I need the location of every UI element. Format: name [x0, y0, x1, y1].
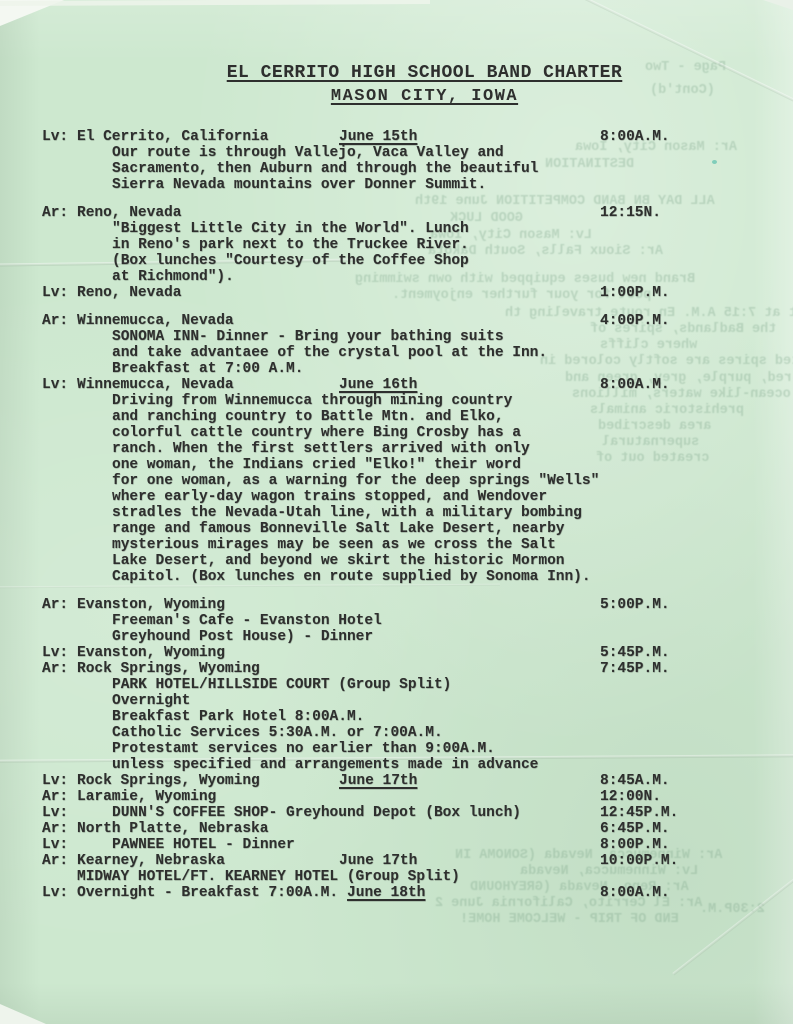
leg-date: June 16th — [339, 377, 417, 393]
leg-place: PAWNEE HOTEL - Dinner — [112, 837, 295, 853]
leg-place: North Platte, Nebraska — [77, 821, 268, 837]
itinerary-row: Lv:Overnight - Breakfast 7:00A.M.June 18… — [42, 885, 793, 901]
leg-detail-line: Sacramento, then Auburn and through the … — [112, 161, 793, 177]
leg-label: Lv: — [42, 805, 112, 821]
leg-details: Freeman's Cafe - Evanston HotelGreyhound… — [112, 613, 793, 645]
leg-label: Ar: — [42, 853, 77, 869]
leg-detail-line: Freeman's Cafe - Evanston Hotel — [112, 613, 793, 629]
leg-label: Ar: — [42, 205, 77, 221]
document-title: EL CERRITO HIGH SCHOOL BAND CHARTER — [227, 62, 623, 85]
leg-detail-line: one woman, the Indians cried "Elko!" the… — [112, 457, 793, 473]
leg-time: 8:45A.M. — [600, 773, 670, 789]
leg-time: 8:00A.M. — [600, 377, 670, 393]
leg-place: Reno, Nevada — [77, 205, 181, 221]
leg-detail-line: PARK HOTEL/HILLSIDE COURT (Group Split) — [112, 677, 793, 693]
itinerary-row: Lv:El Cerrito, CaliforniaJune 15th8:00A.… — [42, 129, 793, 145]
leg-place: Winnemucca, Nevada — [77, 313, 234, 329]
leg-details: Our route is through Vallejo, Vaca Valle… — [112, 145, 793, 193]
leg-detail-line: (Box lunches "Courtesy of the Coffee Sho… — [112, 253, 793, 269]
leg-time: 1:00P.M. — [600, 285, 670, 301]
leg-label: Lv: — [42, 377, 77, 393]
leg-detail-line: Our route is through Vallejo, Vaca Valle… — [112, 145, 793, 161]
leg-details: Driving from Winnemucca through mining c… — [112, 393, 793, 585]
itinerary-row: Ar:Evanston, Wyoming5:00P.M. — [42, 597, 793, 613]
itinerary-block: Ar:Reno, Nevada12:15N."Biggest Little Ci… — [42, 205, 793, 301]
leg-detail-line: range and famous Bonneville Salt Lake De… — [112, 521, 793, 537]
leg-details: "Biggest Little City in the World". Lunc… — [112, 221, 793, 285]
leg-time: 8:00P.M. — [600, 837, 670, 853]
itinerary-row: Lv:Winnemucca, NevadaJune 16th8:00A.M. — [42, 377, 793, 393]
itinerary-row: Ar:Winnemucca, Nevada4:00P.M. — [42, 313, 793, 329]
leg-date: June 17th — [339, 853, 417, 869]
leg-label: Lv: — [42, 129, 77, 145]
itinerary-row: Ar:North Platte, Nebraska6:45P.M. — [42, 821, 793, 837]
leg-detail-line: Sierra Nevada mountains over Donner Summ… — [112, 177, 793, 193]
itinerary-row: MIDWAY HOTEL/FT. KEARNEY HOTEL (Group Sp… — [42, 869, 793, 885]
leg-label: Ar: — [42, 661, 77, 677]
leg-time: 12:45P.M. — [600, 805, 678, 821]
leg-detail-line: at Richmond"). — [112, 269, 793, 285]
itinerary-row: Ar:Reno, Nevada12:15N. — [42, 205, 793, 221]
itinerary-row: Ar:Kearney, NebraskaJune 17th10:00P.M. — [42, 853, 793, 869]
leg-detail-line: mysterious mirages may be seen as we cro… — [112, 537, 793, 553]
leg-detail-line: Breakfast at 7:00 A.M. — [112, 361, 793, 377]
leg-place: Rock Springs, Wyoming — [77, 661, 260, 677]
itinerary-row: Lv:DUNN'S COFFEE SHOP- Greyhound Depot (… — [42, 805, 793, 821]
leg-detail-line: where early-day wagon trains stopped, an… — [112, 489, 793, 505]
leg-time: 12:00N. — [600, 789, 661, 805]
leg-label: Lv: — [42, 285, 77, 301]
itinerary-row: Lv:Rock Springs, WyomingJune 17th8:45A.M… — [42, 773, 793, 789]
leg-time: 7:45P.M. — [600, 661, 670, 677]
leg-detail-line: Overnight — [112, 693, 793, 709]
leg-time: 6:45P.M. — [600, 821, 670, 837]
itinerary-block: Ar:Evanston, Wyoming5:00P.M.Freeman's Ca… — [42, 597, 793, 901]
leg-label: Lv: — [42, 773, 77, 789]
leg-label: Ar: — [42, 313, 77, 329]
leg-time: 8:00A.M. — [600, 129, 670, 145]
leg-place: MIDWAY HOTEL/FT. KEARNEY HOTEL (Group Sp… — [77, 869, 460, 885]
leg-label: Lv: — [42, 645, 77, 661]
leg-time: 4:00P.M. — [600, 313, 670, 329]
leg-detail-line: for one woman, as a warning for the deep… — [112, 473, 793, 489]
leg-place: Winnemucca, Nevada — [77, 377, 234, 393]
leg-place: DUNN'S COFFEE SHOP- Greyhound Depot (Box… — [112, 805, 521, 821]
leg-detail-line: stradles the Nevada-Utah line, with a mi… — [112, 505, 793, 521]
itinerary-row: Lv:Reno, Nevada1:00P.M. — [42, 285, 793, 301]
leg-detail-line: Capitol. (Box lunches en route supplied … — [112, 569, 793, 585]
leg-detail-line: "Biggest Little City in the World". Lunc… — [112, 221, 793, 237]
leg-place: Evanston, Wyoming — [77, 645, 225, 661]
itinerary-block: Lv:El Cerrito, CaliforniaJune 15th8:00A.… — [42, 129, 793, 193]
leg-time: 10:00P.M. — [600, 853, 678, 869]
document-title-block: EL CERRITO HIGH SCHOOL BAND CHARTER MASO… — [28, 62, 793, 108]
leg-label: Ar: — [42, 597, 77, 613]
leg-detail-line: Breakfast Park Hotel 8:00A.M. — [112, 709, 793, 725]
leg-date: June 18th — [347, 885, 425, 901]
document-subtitle: MASON CITY, IOWA — [331, 85, 518, 108]
leg-detail-line: and ranching country to Battle Mtn. and … — [112, 409, 793, 425]
leg-place: Overnight - Breakfast 7:00A.M. — [77, 885, 338, 901]
leg-detail-line: Protestamt services no earlier than 9:00… — [112, 741, 793, 757]
leg-place: Laramie, Wyoming — [77, 789, 216, 805]
leg-detail-line: colorful cattle country where Bing Crosb… — [112, 425, 793, 441]
leg-place: El Cerrito, California — [77, 129, 268, 145]
leg-detail-line: Lake Desert, and beyond we skirt the his… — [112, 553, 793, 569]
leg-detail-line: Catholic Services 5:30A.M. or 7:00A.M. — [112, 725, 793, 741]
leg-time: 12:15N. — [600, 205, 661, 221]
itinerary-row: Lv:Evanston, Wyoming5:45P.M. — [42, 645, 793, 661]
leg-time: 8:00A.M. — [600, 885, 670, 901]
itinerary-block: Ar:Winnemucca, Nevada4:00P.M.SONOMA INN-… — [42, 313, 793, 585]
leg-date: June 17th — [339, 773, 417, 789]
leg-details: PARK HOTEL/HILLSIDE COURT (Group Split)O… — [112, 677, 793, 773]
leg-label: Ar: — [42, 789, 77, 805]
itinerary-row: Lv:PAWNEE HOTEL - Dinner8:00P.M. — [42, 837, 793, 853]
leg-detail-line: SONOMA INN- Dinner - Bring your bathing … — [112, 329, 793, 345]
leg-label: Lv: — [42, 885, 77, 901]
itinerary-content: Lv:El Cerrito, CaliforniaJune 15th8:00A.… — [42, 129, 793, 901]
itinerary-row: Ar:Rock Springs, Wyoming7:45P.M. — [42, 661, 793, 677]
leg-place: Kearney, Nebraska — [77, 853, 225, 869]
leg-label: Lv: — [42, 837, 112, 853]
scanned-itinerary-page: Page - Two(Cont'd)Ar: Mason City, IowaDE… — [0, 0, 793, 1024]
leg-place: Evanston, Wyoming — [77, 597, 225, 613]
leg-time: 5:00P.M. — [600, 597, 670, 613]
leg-detail-line: Driving from Winnemucca through mining c… — [112, 393, 793, 409]
leg-detail-line: and take advantaee of the crystal pool a… — [112, 345, 793, 361]
leg-detail-line: ranch. When the first settlers arrived w… — [112, 441, 793, 457]
leg-label: Ar: — [42, 821, 77, 837]
leg-details: SONOMA INN- Dinner - Bring your bathing … — [112, 329, 793, 377]
leg-detail-line: Greyhound Post House) - Dinner — [112, 629, 793, 645]
leg-date: June 15th — [339, 129, 417, 145]
typed-document: EL CERRITO HIGH SCHOOL BAND CHARTER MASO… — [0, 0, 793, 1024]
leg-place: Rock Springs, Wyoming — [77, 773, 260, 789]
leg-time: 5:45P.M. — [600, 645, 670, 661]
leg-place: Reno, Nevada — [77, 285, 181, 301]
itinerary-row: Ar:Laramie, Wyoming12:00N. — [42, 789, 793, 805]
leg-detail-line: in Reno's park next to the Truckee River… — [112, 237, 793, 253]
leg-detail-line: unless specified and arrangements made i… — [112, 757, 793, 773]
